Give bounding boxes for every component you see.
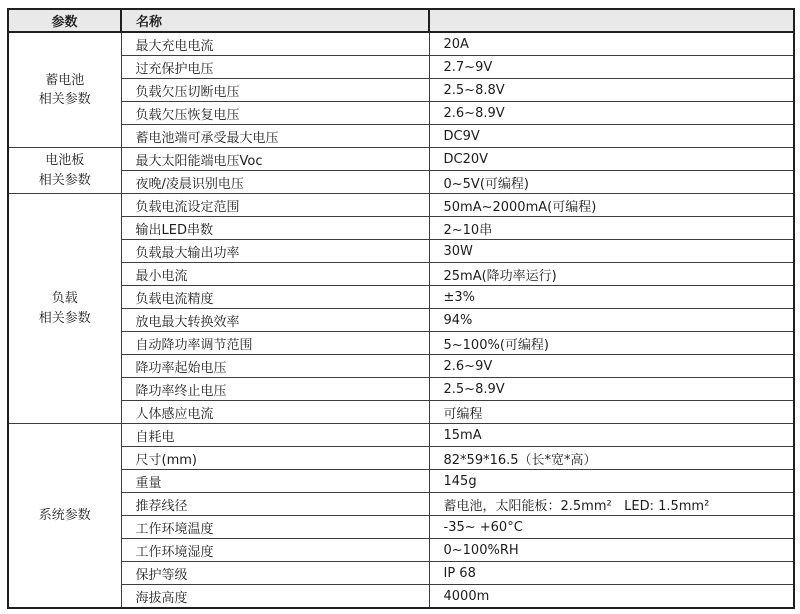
param-value-cell: 15mA bbox=[429, 424, 794, 447]
param-value-cell: 4000m bbox=[429, 585, 794, 609]
table-row: 海拔高度4000m bbox=[8, 585, 794, 609]
table-row: 蓄电池端可承受最大电压DC9V bbox=[8, 125, 794, 148]
param-value-cell: 145g bbox=[429, 470, 794, 493]
table-row: 保护等级IP 68 bbox=[8, 562, 794, 585]
param-name-cell: 重量 bbox=[121, 470, 429, 493]
table-row: 工作环境湿度0~100%RH bbox=[8, 539, 794, 562]
param-name-cell: 自耗电 bbox=[121, 424, 429, 447]
param-value-cell: DC20V bbox=[429, 148, 794, 171]
table-row: 重量145g bbox=[8, 470, 794, 493]
table-row: 过充保护电压2.7~9V bbox=[8, 56, 794, 79]
category-cell: 系统参数 bbox=[8, 424, 121, 609]
param-name-cell: 最小电流 bbox=[121, 263, 429, 286]
header-name: 名称 bbox=[121, 9, 429, 32]
param-name-cell: 负载最大输出功率 bbox=[121, 240, 429, 263]
param-value-cell: DC9V bbox=[429, 125, 794, 148]
param-value-cell: 2~10串 bbox=[429, 217, 794, 240]
table-row: 自动降功率调节范围5~100%(可编程) bbox=[8, 332, 794, 355]
table-row: 夜晚/凌晨识别电压0~5V(可编程) bbox=[8, 171, 794, 194]
table-row: 最小电流25mA(降功率运行) bbox=[8, 263, 794, 286]
param-value-cell: ±3% bbox=[429, 286, 794, 309]
param-name-cell: 尺寸(mm) bbox=[121, 447, 429, 470]
spec-table-body: 蓄电池相关参数最大充电电流20A过充保护电压2.7~9V负载欠压切断电压2.5~… bbox=[8, 32, 794, 608]
param-name-cell: 负载电流设定范围 bbox=[121, 194, 429, 217]
param-name-cell: 海拔高度 bbox=[121, 585, 429, 609]
table-row: 负载欠压恢复电压2.6~8.9V bbox=[8, 102, 794, 125]
param-name-cell: 自动降功率调节范围 bbox=[121, 332, 429, 355]
param-name-cell: 保护等级 bbox=[121, 562, 429, 585]
category-cell: 蓄电池相关参数 bbox=[8, 32, 121, 148]
param-name-cell: 降功率起始电压 bbox=[121, 355, 429, 378]
param-name-cell: 放电最大转换效率 bbox=[121, 309, 429, 332]
param-value-cell: 可编程 bbox=[429, 401, 794, 424]
table-row: 输出LED串数2~10串 bbox=[8, 217, 794, 240]
param-value-cell: 0~100%RH bbox=[429, 539, 794, 562]
table-row: 负载最大输出功率30W bbox=[8, 240, 794, 263]
table-row: 电池板相关参数最大太阳能端电压VocDC20V bbox=[8, 148, 794, 171]
category-cell: 负载相关参数 bbox=[8, 194, 121, 424]
header-value bbox=[429, 9, 794, 32]
param-name-cell: 最大太阳能端电压Voc bbox=[121, 148, 429, 171]
spec-table-header: 参数 名称 bbox=[8, 9, 794, 32]
param-name-cell: 输出LED串数 bbox=[121, 217, 429, 240]
table-row: 负载相关参数负载电流设定范围50mA~2000mA(可编程) bbox=[8, 194, 794, 217]
param-value-cell: 2.6~9V bbox=[429, 355, 794, 378]
table-row: 工作环境温度-35~ +60°C bbox=[8, 516, 794, 539]
param-value-cell: 82*59*16.5（长*宽*高） bbox=[429, 447, 794, 470]
param-name-cell: 蓄电池端可承受最大电压 bbox=[121, 125, 429, 148]
param-name-cell: 负载欠压切断电压 bbox=[121, 79, 429, 102]
param-value-cell: 25mA(降功率运行) bbox=[429, 263, 794, 286]
param-value-cell: 2.5~8.9V bbox=[429, 378, 794, 401]
param-value-cell: 30W bbox=[429, 240, 794, 263]
param-value-cell: 蓄电池，太阳能板：2.5mm² LED: 1.5mm² bbox=[429, 493, 794, 516]
param-value-cell: 94% bbox=[429, 309, 794, 332]
table-row: 人体感应电流可编程 bbox=[8, 401, 794, 424]
param-name-cell: 负载电流精度 bbox=[121, 286, 429, 309]
param-value-cell: 50mA~2000mA(可编程) bbox=[429, 194, 794, 217]
table-row: 负载欠压切断电压2.5~8.8V bbox=[8, 79, 794, 102]
category-cell: 电池板相关参数 bbox=[8, 148, 121, 194]
table-row: 推荐线径蓄电池，太阳能板：2.5mm² LED: 1.5mm² bbox=[8, 493, 794, 516]
table-row: 降功率终止电压2.5~8.9V bbox=[8, 378, 794, 401]
table-row: 放电最大转换效率94% bbox=[8, 309, 794, 332]
param-name-cell: 人体感应电流 bbox=[121, 401, 429, 424]
param-value-cell: 5~100%(可编程) bbox=[429, 332, 794, 355]
param-name-cell: 负载欠压恢复电压 bbox=[121, 102, 429, 125]
param-name-cell: 推荐线径 bbox=[121, 493, 429, 516]
table-row: 尺寸(mm)82*59*16.5（长*宽*高） bbox=[8, 447, 794, 470]
param-name-cell: 夜晚/凌晨识别电压 bbox=[121, 171, 429, 194]
table-row: 蓄电池相关参数最大充电电流20A bbox=[8, 32, 794, 56]
header-row: 参数 名称 bbox=[8, 9, 794, 32]
spec-sheet: 参数 名称 蓄电池相关参数最大充电电流20A过充保护电压2.7~9V负载欠压切断… bbox=[7, 8, 795, 609]
param-name-cell: 工作环境湿度 bbox=[121, 539, 429, 562]
spec-table: 参数 名称 蓄电池相关参数最大充电电流20A过充保护电压2.7~9V负载欠压切断… bbox=[7, 8, 795, 609]
param-name-cell: 过充保护电压 bbox=[121, 56, 429, 79]
param-value-cell: 0~5V(可编程) bbox=[429, 171, 794, 194]
param-value-cell: 2.5~8.8V bbox=[429, 79, 794, 102]
header-param: 参数 bbox=[8, 9, 121, 32]
table-row: 系统参数自耗电15mA bbox=[8, 424, 794, 447]
param-value-cell: 2.7~9V bbox=[429, 56, 794, 79]
table-row: 负载电流精度±3% bbox=[8, 286, 794, 309]
table-row: 降功率起始电压2.6~9V bbox=[8, 355, 794, 378]
param-value-cell: 20A bbox=[429, 32, 794, 56]
param-name-cell: 降功率终止电压 bbox=[121, 378, 429, 401]
param-value-cell: -35~ +60°C bbox=[429, 516, 794, 539]
param-name-cell: 最大充电电流 bbox=[121, 32, 429, 56]
param-value-cell: IP 68 bbox=[429, 562, 794, 585]
param-name-cell: 工作环境温度 bbox=[121, 516, 429, 539]
param-value-cell: 2.6~8.9V bbox=[429, 102, 794, 125]
